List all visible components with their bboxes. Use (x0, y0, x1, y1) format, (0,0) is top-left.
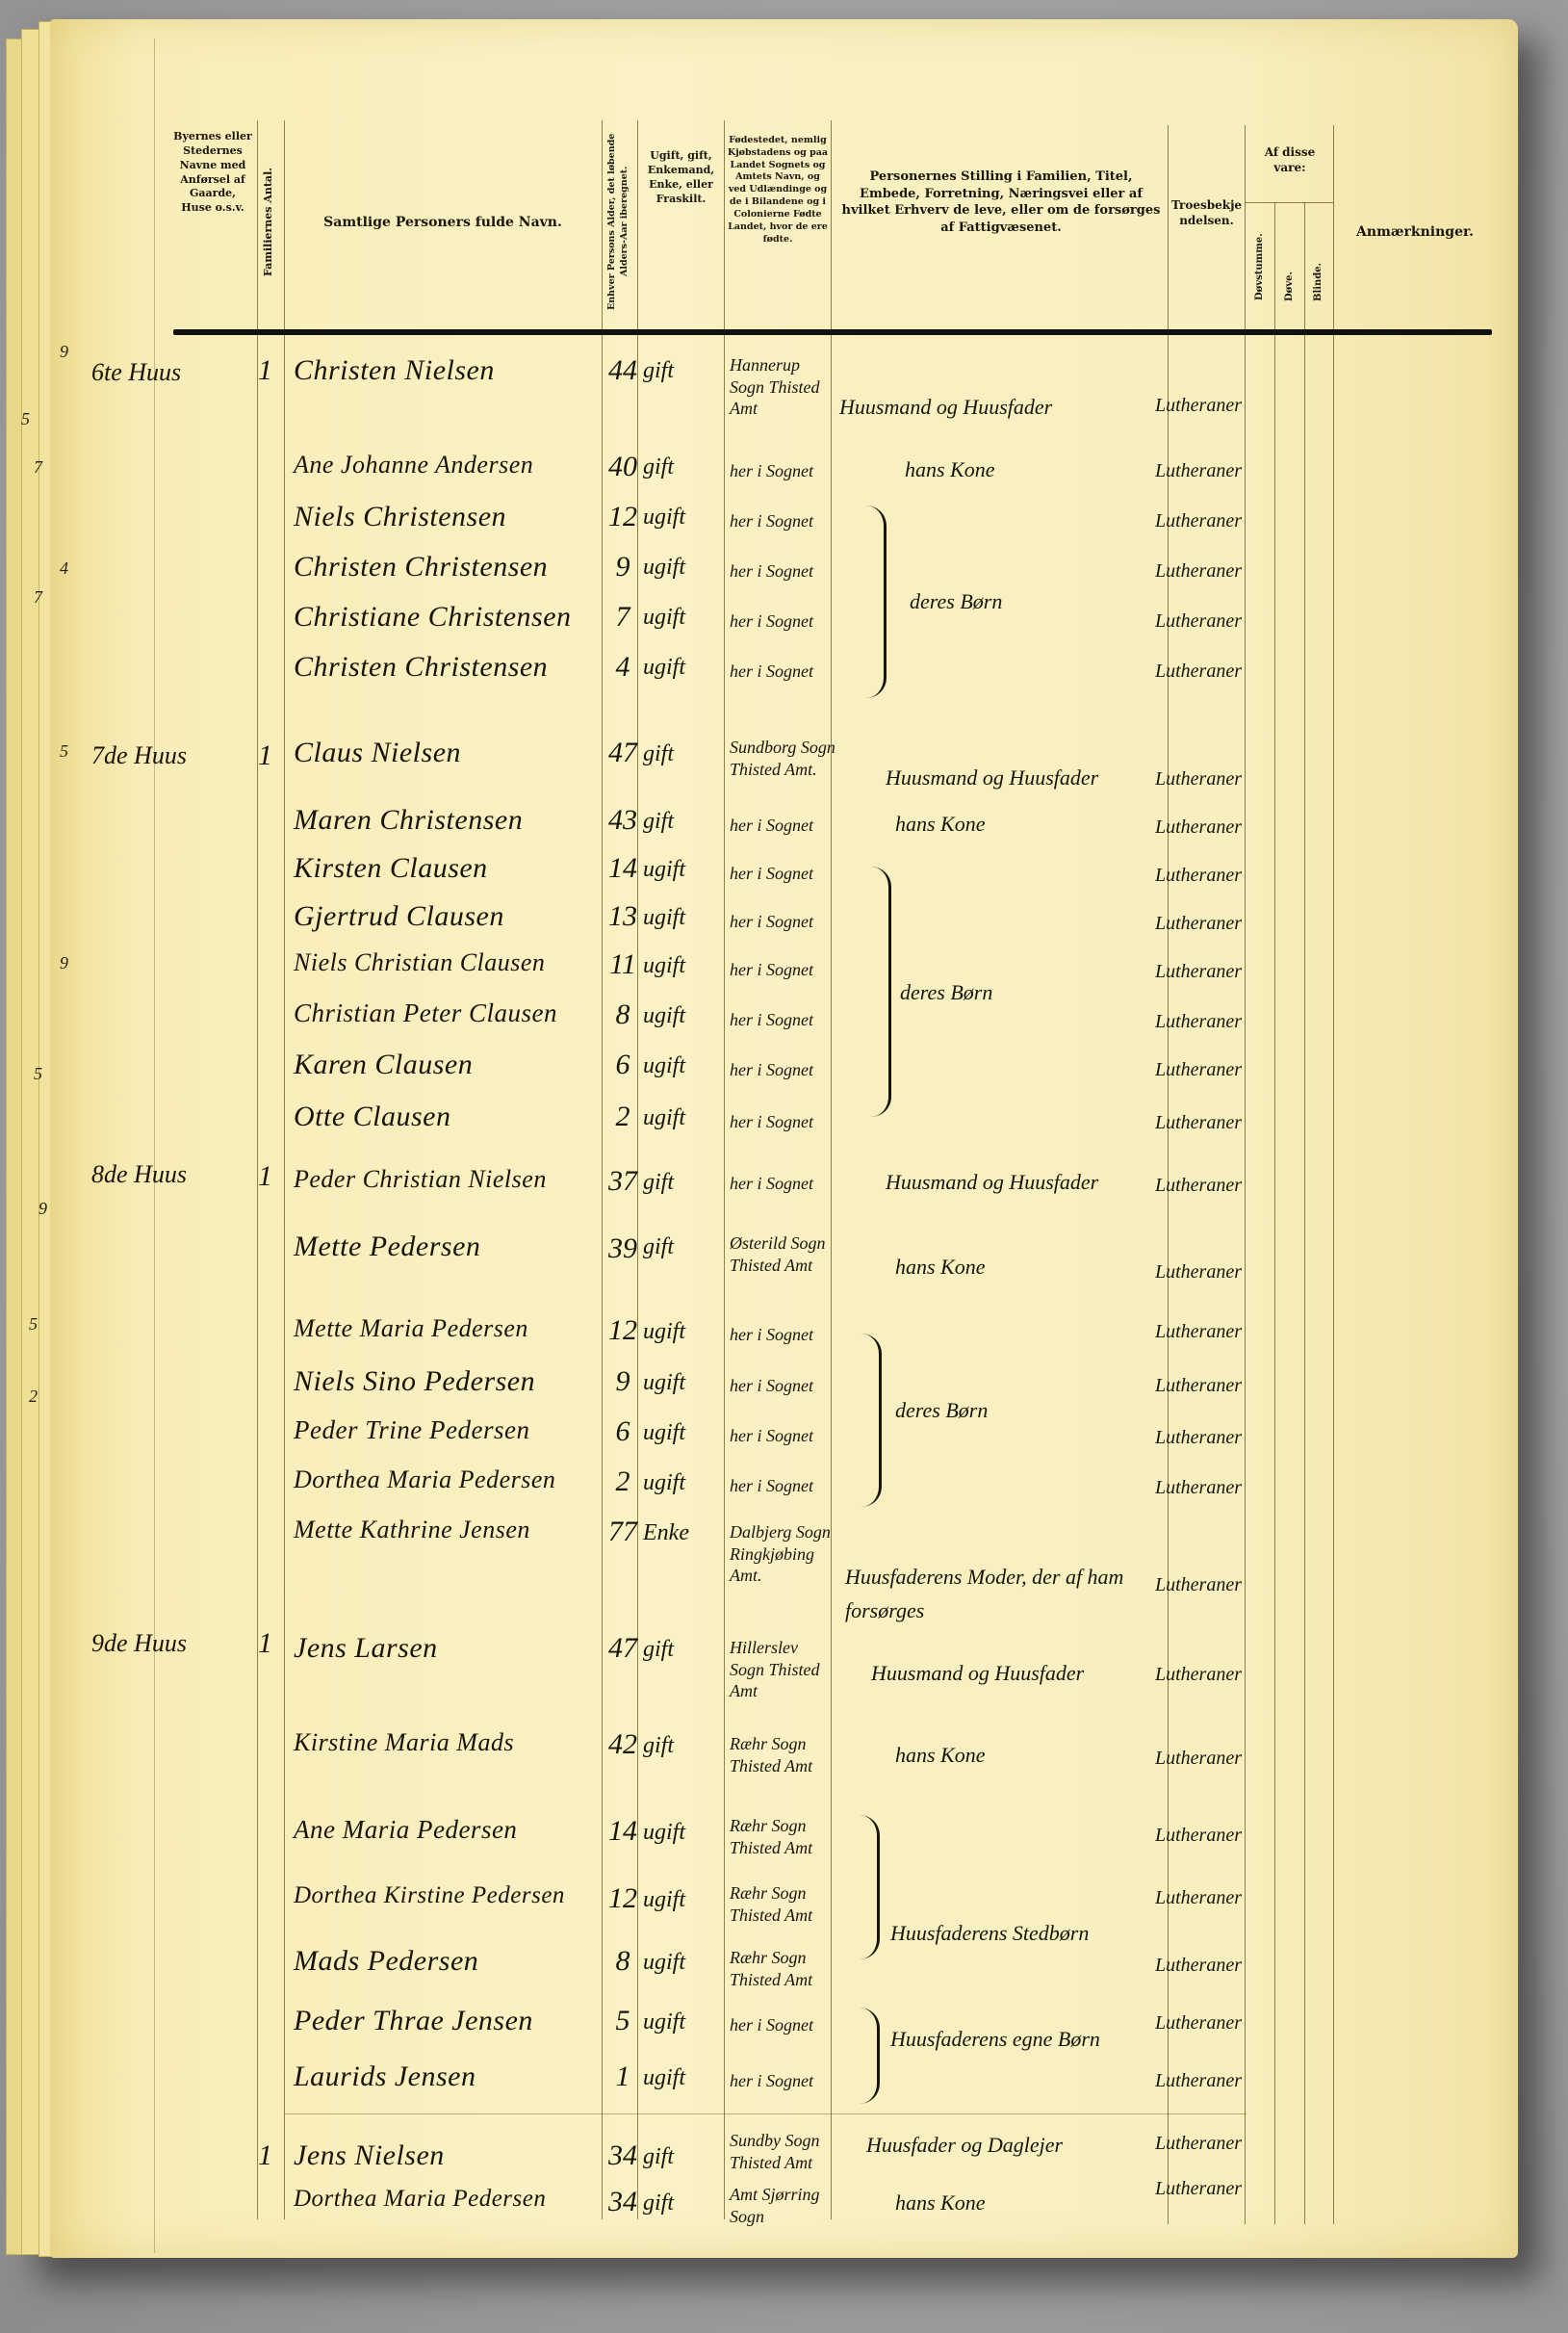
person-marital: gift (643, 454, 674, 480)
person-birthplace: her i Sognet (730, 1173, 835, 1195)
person-religion: Lutheraner (1155, 1011, 1242, 1033)
header-family-count: Familiernes Antal. (262, 149, 276, 294)
person-birthplace: Hillerslev Sogn Thisted Amt (730, 1637, 835, 1702)
person-birthplace: her i Sognet (730, 1475, 835, 1497)
person-marital: ugift (643, 953, 685, 979)
margin-number: 2 (29, 1387, 38, 1407)
person-birthplace: Østerild Sogn Thisted Amt (730, 1232, 835, 1276)
column-rule (1304, 202, 1305, 2224)
person-birthplace: her i Sognet (730, 1425, 835, 1447)
person-age: 9 (608, 1365, 637, 1398)
person-birthplace: her i Sognet (730, 1324, 835, 1346)
person-age: 13 (608, 900, 637, 933)
person-birthplace: Ræhr Sogn Thisted Amt (730, 1882, 835, 1926)
person-age: 11 (608, 948, 637, 981)
person-name: Dorthea Maria Pedersen (294, 1465, 555, 1494)
column-rule (1274, 202, 1275, 2224)
person-marital: ugift (643, 905, 685, 931)
header-occupation: Personernes Stilling i Familien, Titel, … (837, 168, 1165, 236)
person-religion: Lutheraner (1155, 560, 1242, 583)
person-marital: ugift (643, 1319, 685, 1345)
person-occupation: hans Kone (895, 812, 986, 837)
person-occupation: Huusmand og Huusfader (839, 395, 1052, 420)
person-religion: Lutheraner (1155, 1825, 1242, 1847)
column-rule (602, 120, 603, 2219)
column-rule (1245, 125, 1246, 2224)
person-name: Karen Clausen (294, 1049, 473, 1081)
person-birthplace: her i Sognet (730, 460, 835, 482)
person-birthplace: her i Sognet (730, 911, 835, 933)
person-age: 5 (608, 2005, 637, 2037)
person-age: 14 (608, 852, 637, 885)
person-birthplace: Ræhr Sogn Thisted Amt (730, 1733, 835, 1776)
person-marital: ugift (643, 1950, 685, 1976)
brace-note: deres Børn (895, 1398, 988, 1423)
person-marital: gift (643, 1637, 674, 1663)
person-marital: gift (643, 358, 674, 384)
person-name: Peder Thrae Jensen (294, 2005, 533, 2037)
person-name: Gjertrud Clausen (294, 900, 504, 933)
person-occupation: Huusmand og Huusfader (871, 1661, 1084, 1686)
header-place: Byernes eller Stedernes Navne med Anførs… (173, 130, 252, 216)
person-religion: Lutheraner (1155, 2070, 1242, 2092)
person-religion: Lutheraner (1155, 510, 1242, 532)
person-birthplace: Dalbjerg Sogn Ringkjøbing Amt. (730, 1521, 835, 1587)
person-religion: Lutheraner (1155, 1321, 1242, 1343)
column-rule (724, 120, 725, 2219)
person-name: Niels Sino Pedersen (294, 1365, 535, 1398)
person-occupation: Huusmand og Huusfader (886, 1170, 1098, 1195)
header-religion: Troesbekjendelsen. (1170, 197, 1243, 228)
person-birthplace: her i Sognet (730, 1111, 835, 1133)
person-marital: ugift (643, 1003, 685, 1029)
person-age: 40 (608, 451, 637, 483)
margin-number: 5 (21, 409, 30, 429)
person-name: Otte Clausen (294, 1101, 451, 1133)
person-age: 8 (608, 1945, 637, 1978)
house-label: 7de Huus (91, 741, 187, 770)
person-age: 43 (608, 804, 637, 837)
person-age: 39 (608, 1232, 637, 1265)
person-age: 4 (608, 651, 637, 684)
person-marital: ugift (643, 2065, 685, 2091)
header-deaf: Døve. (1283, 265, 1297, 308)
person-name: Christen Nielsen (294, 354, 495, 387)
person-religion: Lutheraner (1155, 1574, 1242, 1596)
person-occupation: hans Kone (895, 2190, 986, 2216)
person-religion: Lutheraner (1155, 2012, 1242, 2035)
margin-number: 7 (34, 457, 42, 478)
person-occupation: hans Kone (905, 457, 995, 482)
children-brace (861, 1334, 882, 1507)
header-deafmute: Døvstumme. (1253, 226, 1267, 308)
person-marital: ugift (643, 555, 685, 581)
header-thick-rule (173, 329, 1492, 335)
person-age: 47 (608, 1632, 637, 1665)
person-age: 6 (608, 1415, 637, 1448)
person-birthplace: her i Sognet (730, 610, 835, 633)
person-religion: Lutheraner (1155, 395, 1242, 417)
person-birthplace: Ræhr Sogn Thisted Amt (730, 1815, 835, 1858)
person-age: 34 (608, 2139, 637, 2172)
person-name: Niels Christensen (294, 501, 506, 533)
person-name: Ane Johanne Andersen (294, 451, 533, 480)
person-marital: gift (643, 1234, 674, 1260)
person-age: 12 (608, 1314, 637, 1347)
margin-number: 9 (60, 342, 68, 362)
person-age: 2 (608, 1465, 637, 1498)
children-brace (871, 867, 891, 1117)
subheader-rule (1245, 202, 1333, 203)
margin-number: 5 (29, 1314, 38, 1335)
person-marital: ugift (643, 1370, 685, 1396)
person-name: Jens Nielsen (294, 2139, 445, 2172)
brace-note: Huusfaderens egne Børn (890, 2027, 1100, 2052)
person-marital: Enke (643, 1520, 689, 1546)
person-marital: ugift (643, 1470, 685, 1496)
house-label: 8de Huus (91, 1160, 187, 1189)
person-name: Dorthea Kirstine Pedersen (294, 1882, 565, 1909)
person-age: 2 (608, 1101, 637, 1133)
person-age: 12 (608, 501, 637, 533)
person-religion: Lutheraner (1155, 1112, 1242, 1134)
person-name: Jens Larsen (294, 1632, 438, 1665)
person-marital: ugift (643, 2009, 685, 2035)
header-names: Samtlige Personers fulde Navn. (289, 214, 597, 232)
person-religion: Lutheraner (1155, 1477, 1242, 1499)
header-blind: Blinde. (1312, 255, 1325, 308)
own-children-brace (860, 2008, 880, 2104)
person-marital: ugift (643, 505, 685, 531)
person-name: Peder Trine Pedersen (294, 1415, 529, 1445)
person-name: Niels Christian Clausen (294, 948, 545, 977)
person-name: Mette Kathrine Jensen (294, 1516, 530, 1544)
header-disability-group: Af disse vare: (1247, 144, 1332, 175)
person-marital: ugift (643, 1105, 685, 1131)
person-religion: Lutheraner (1155, 768, 1242, 791)
person-name: Maren Christensen (294, 804, 523, 837)
children-brace (866, 505, 887, 698)
margin-number: 5 (34, 1064, 42, 1084)
person-marital: ugift (643, 1053, 685, 1079)
person-marital: gift (643, 2144, 674, 2170)
person-marital: gift (643, 1733, 674, 1759)
header-remarks: Anmærkninger. (1343, 223, 1487, 242)
person-religion: Lutheraner (1155, 1887, 1242, 1909)
person-age: 47 (608, 737, 637, 769)
person-marital: gift (643, 809, 674, 835)
brace-note: deres Børn (900, 980, 992, 1005)
person-name: Peder Christian Nielsen (294, 1165, 547, 1194)
person-religion: Lutheraner (1155, 661, 1242, 683)
person-name: Laurids Jensen (294, 2061, 476, 2093)
person-marital: ugift (643, 655, 685, 681)
margin-number: 9 (60, 953, 68, 973)
person-birthplace: her i Sognet (730, 2014, 835, 2036)
column-rule (1333, 125, 1334, 2224)
person-religion: Lutheraner (1155, 1748, 1242, 1770)
house-label: 6te Huus (91, 358, 181, 387)
brace-note: Huusfaderens Stedbørn (890, 1921, 1089, 1946)
person-name: Christen Christensen (294, 551, 548, 583)
last-family-rule (284, 2113, 1247, 2114)
family-count: 1 (258, 1627, 272, 1660)
header-birthplace: Fødestedet, nemlig Kjøbstadens og paa La… (727, 135, 829, 246)
person-birthplace: her i Sognet (730, 661, 835, 683)
person-birthplace: her i Sognet (730, 959, 835, 981)
person-birthplace: Sundby Sogn Thisted Amt (730, 2130, 835, 2173)
person-religion: Lutheraner (1155, 1375, 1242, 1397)
person-marital: gift (643, 741, 674, 767)
person-name: Christiane Christensen (294, 601, 572, 634)
person-marital: gift (643, 1170, 674, 1196)
person-name: Mads Pedersen (294, 1945, 478, 1978)
person-name: Kirsten Clausen (294, 852, 488, 885)
person-birthplace: her i Sognet (730, 1059, 835, 1081)
person-birthplace: her i Sognet (730, 863, 835, 885)
family-count: 1 (258, 2139, 272, 2172)
person-age: 7 (608, 601, 637, 634)
person-name: Christian Peter Clausen (294, 998, 557, 1028)
person-age: 34 (608, 2186, 637, 2218)
person-age: 44 (608, 354, 637, 387)
family-count: 1 (258, 354, 272, 387)
person-religion: Lutheraner (1155, 1059, 1242, 1081)
margin-number: 9 (39, 1199, 47, 1219)
person-age: 77 (608, 1516, 637, 1548)
person-occupation: Huusmand og Huusfader (886, 765, 1098, 791)
person-religion: Lutheraner (1155, 1955, 1242, 1977)
family-count: 1 (258, 739, 272, 772)
person-occupation: Huusfader og Daglejer (866, 2133, 1063, 2158)
stepchildren-brace (860, 1815, 880, 1959)
person-religion: Lutheraner (1155, 1261, 1242, 1283)
person-age: 42 (608, 1728, 637, 1761)
person-name: Mette Pedersen (294, 1231, 480, 1263)
person-birthplace: Hannerup Sogn Thisted Amt (730, 354, 835, 420)
person-birthplace: Ræhr Sogn Thisted Amt (730, 1947, 835, 1990)
person-name: Christen Christensen (294, 651, 548, 684)
margin-number: 7 (34, 587, 42, 608)
person-name: Mette Maria Pedersen (294, 1314, 528, 1343)
person-religion: Lutheraner (1155, 2133, 1242, 2155)
person-religion: Lutheraner (1155, 961, 1242, 983)
person-religion: Lutheraner (1155, 1427, 1242, 1449)
person-religion: Lutheraner (1155, 1175, 1242, 1197)
person-marital: ugift (643, 857, 685, 883)
column-rule (637, 120, 638, 2219)
person-name: Kirstine Maria Mads (294, 1728, 514, 1757)
person-age: 9 (608, 551, 637, 583)
person-age: 1 (608, 2061, 637, 2093)
person-occupation: hans Kone (895, 1255, 986, 1280)
person-marital: ugift (643, 605, 685, 631)
person-occupation: hans Kone (895, 1743, 986, 1768)
person-age: 8 (608, 998, 637, 1031)
header-age: Enhver Persons Alder, det løbende Alders… (606, 125, 635, 318)
person-marital: gift (643, 2190, 674, 2216)
person-religion: Lutheraner (1155, 1664, 1242, 1686)
person-name: Claus Nielsen (294, 737, 461, 769)
margin-number: 5 (60, 741, 68, 762)
person-age: 6 (608, 1049, 637, 1081)
person-birthplace: her i Sognet (730, 2070, 835, 2092)
person-marital: ugift (643, 1420, 685, 1446)
person-religion: Lutheraner (1155, 913, 1242, 935)
person-religion: Lutheraner (1155, 610, 1242, 633)
margin-number: 4 (60, 558, 68, 579)
person-marital: ugift (643, 1887, 685, 1913)
person-name: Dorthea Maria Pedersen (294, 2186, 546, 2213)
brace-note: deres Børn (910, 589, 1002, 614)
person-occupation: Huusfaderens Moder, der af ham forsørges (845, 1560, 1163, 1627)
person-religion: Lutheraner (1155, 865, 1242, 887)
column-rule (284, 120, 285, 2219)
family-count: 1 (258, 1160, 272, 1193)
person-religion: Lutheraner (1155, 817, 1242, 839)
person-birthplace: Sundborg Sogn Thisted Amt. (730, 737, 835, 780)
person-birthplace: her i Sognet (730, 560, 835, 583)
person-birthplace: her i Sognet (730, 1375, 835, 1397)
person-birthplace: her i Sognet (730, 1009, 835, 1031)
person-religion: Lutheraner (1155, 2178, 1242, 2200)
person-religion: Lutheraner (1155, 460, 1242, 482)
house-label: 9de Huus (91, 1629, 187, 1658)
person-birthplace: her i Sognet (730, 510, 835, 532)
person-age: 14 (608, 1815, 637, 1848)
header-marital: Ugift, gift, Enkemand, Enke, eller Frask… (640, 149, 722, 206)
person-birthplace: Amt Sjørring Sogn (730, 2184, 835, 2227)
person-birthplace: her i Sognet (730, 815, 835, 837)
person-age: 12 (608, 1882, 637, 1915)
person-age: 37 (608, 1165, 637, 1198)
person-name: Ane Maria Pedersen (294, 1815, 517, 1845)
person-marital: ugift (643, 1820, 685, 1846)
